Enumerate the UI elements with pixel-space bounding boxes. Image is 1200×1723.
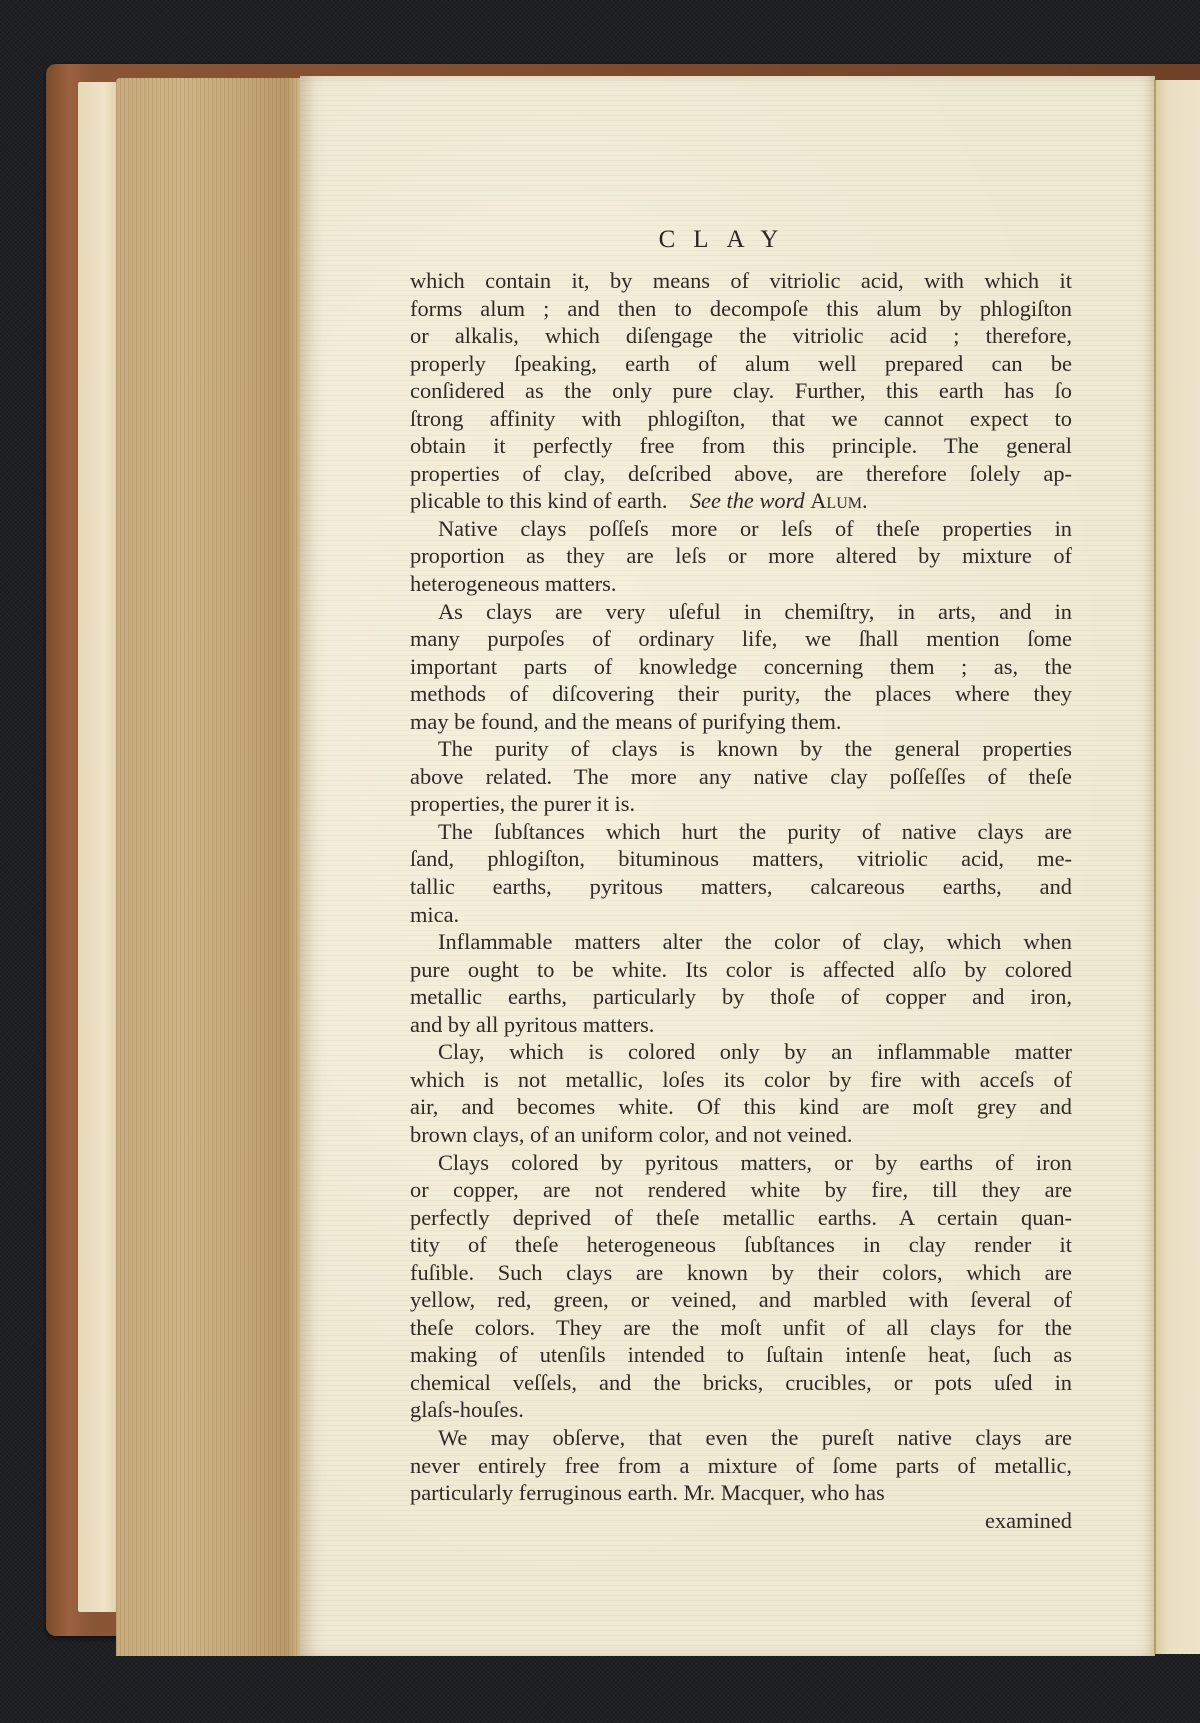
text-line: may be found, and the means of purifying… (410, 708, 1072, 736)
text-line: pure ought to be white. Its color is aff… (410, 956, 1072, 984)
text-line: We may obſerve, that even the pureſt nat… (410, 1424, 1072, 1452)
text-line: fuſible. Such clays are known by their c… (410, 1259, 1072, 1287)
paragraph: As clays are very uſeful in chemiſtry, i… (410, 598, 1072, 736)
text-line: Inflammable matters alter the color of c… (410, 928, 1072, 956)
text-line: theſe colors. They are the moſt unfit of… (410, 1314, 1072, 1342)
text-line: conſidered as the only pure clay. Furthe… (410, 377, 1072, 405)
text-line: obtain it perfectly free from this princ… (410, 432, 1072, 460)
running-head: CLAY (300, 226, 1155, 254)
text-line: chemical veſſels, and the bricks, crucib… (410, 1369, 1072, 1397)
cross-reference-label: See the word (690, 488, 810, 513)
text-line: As clays are very uſeful in chemiſtry, i… (410, 598, 1072, 626)
gutter (1154, 80, 1156, 1654)
paragraph: Clay, which is colored only by an inflam… (410, 1038, 1072, 1148)
catchword: examined (410, 1507, 1072, 1535)
text-line: particularly ferruginous earth. Mr. Macq… (410, 1479, 1072, 1507)
line-text: plicable to this kind of earth. (410, 488, 690, 513)
facing-page-edge (1155, 80, 1200, 1654)
text-line: never entirely free from a mixture of ſo… (410, 1452, 1072, 1480)
text-line: proportion as they are leſs or more alte… (410, 542, 1072, 570)
page-edges (116, 78, 306, 1656)
text-line: properly ſpeaking, earth of alum well pr… (410, 350, 1072, 378)
text-line: ſtrong affinity with phlogiſton, that we… (410, 405, 1072, 433)
text-line: which contain it, by means of vitriolic … (410, 267, 1072, 295)
text-line: and by all pyritous matters. (410, 1011, 1072, 1039)
text-line: tallic earths, pyritous matters, calcare… (410, 873, 1072, 901)
text-line: properties, the purer it is. (410, 790, 1072, 818)
paragraph: Clays colored by pyritous matters, or by… (410, 1149, 1072, 1424)
paragraph: Native clays poſſeſs more or leſs of the… (410, 515, 1072, 598)
text-line: ſand, phlogiſton, bituminous matters, vi… (410, 845, 1072, 873)
paragraph: which contain it, by means of vitriolic … (410, 267, 1072, 515)
text-line: tity of theſe heterogeneous ſubſtances i… (410, 1231, 1072, 1259)
paragraph: Inflammable matters alter the color of c… (410, 928, 1072, 1038)
text-line: which is not metallic, loſes its color b… (410, 1066, 1072, 1094)
paragraph: We may obſerve, that even the pureſt nat… (410, 1424, 1072, 1507)
body-text: which contain it, by means of vitriolic … (410, 267, 1072, 1534)
text-line: or copper, are not rendered white by fir… (410, 1176, 1072, 1204)
text-line: important parts of knowledge concerning … (410, 653, 1072, 681)
text-line: brown clays, of an uniform color, and no… (410, 1121, 1072, 1149)
text-line: heterogeneous matters. (410, 570, 1072, 598)
text-line: yellow, red, green, or veined, and marbl… (410, 1286, 1072, 1314)
cross-reference-term: Alum. (810, 488, 867, 513)
text-line: many purpoſes of ordinary life, we ſhall… (410, 625, 1072, 653)
text-line: above related. The more any native clay … (410, 763, 1072, 791)
paragraph: The purity of clays is known by the gene… (410, 735, 1072, 818)
text-line: Clay, which is colored only by an inflam… (410, 1038, 1072, 1066)
text-line: Native clays poſſeſs more or leſs of the… (410, 515, 1072, 543)
text-line: properties of clay, deſcribed above, are… (410, 460, 1072, 488)
paragraph: The ſubſtances which hurt the purity of … (410, 818, 1072, 928)
text-line: methods of diſcovering their purity, the… (410, 680, 1072, 708)
text-line: or alkalis, which diſengage the vitrioli… (410, 322, 1072, 350)
text-line: The purity of clays is known by the gene… (410, 735, 1072, 763)
text-line: The ſubſtances which hurt the purity of … (410, 818, 1072, 846)
text-line: Clays colored by pyritous matters, or by… (410, 1149, 1072, 1177)
text-line: glaſs-houſes. (410, 1396, 1072, 1424)
text-line: plicable to this kind of earth. See the … (410, 487, 1072, 515)
text-line: perfectly deprived of theſe metallic ear… (410, 1204, 1072, 1232)
text-line: air, and becomes white. Of this kind are… (410, 1093, 1072, 1121)
text-line: mica. (410, 901, 1072, 929)
text-line: forms alum ; and then to decompoſe this … (410, 295, 1072, 323)
text-line: metallic earths, particularly by thoſe o… (410, 983, 1072, 1011)
text-line: making of utenſils intended to ſuſtain i… (410, 1341, 1072, 1369)
